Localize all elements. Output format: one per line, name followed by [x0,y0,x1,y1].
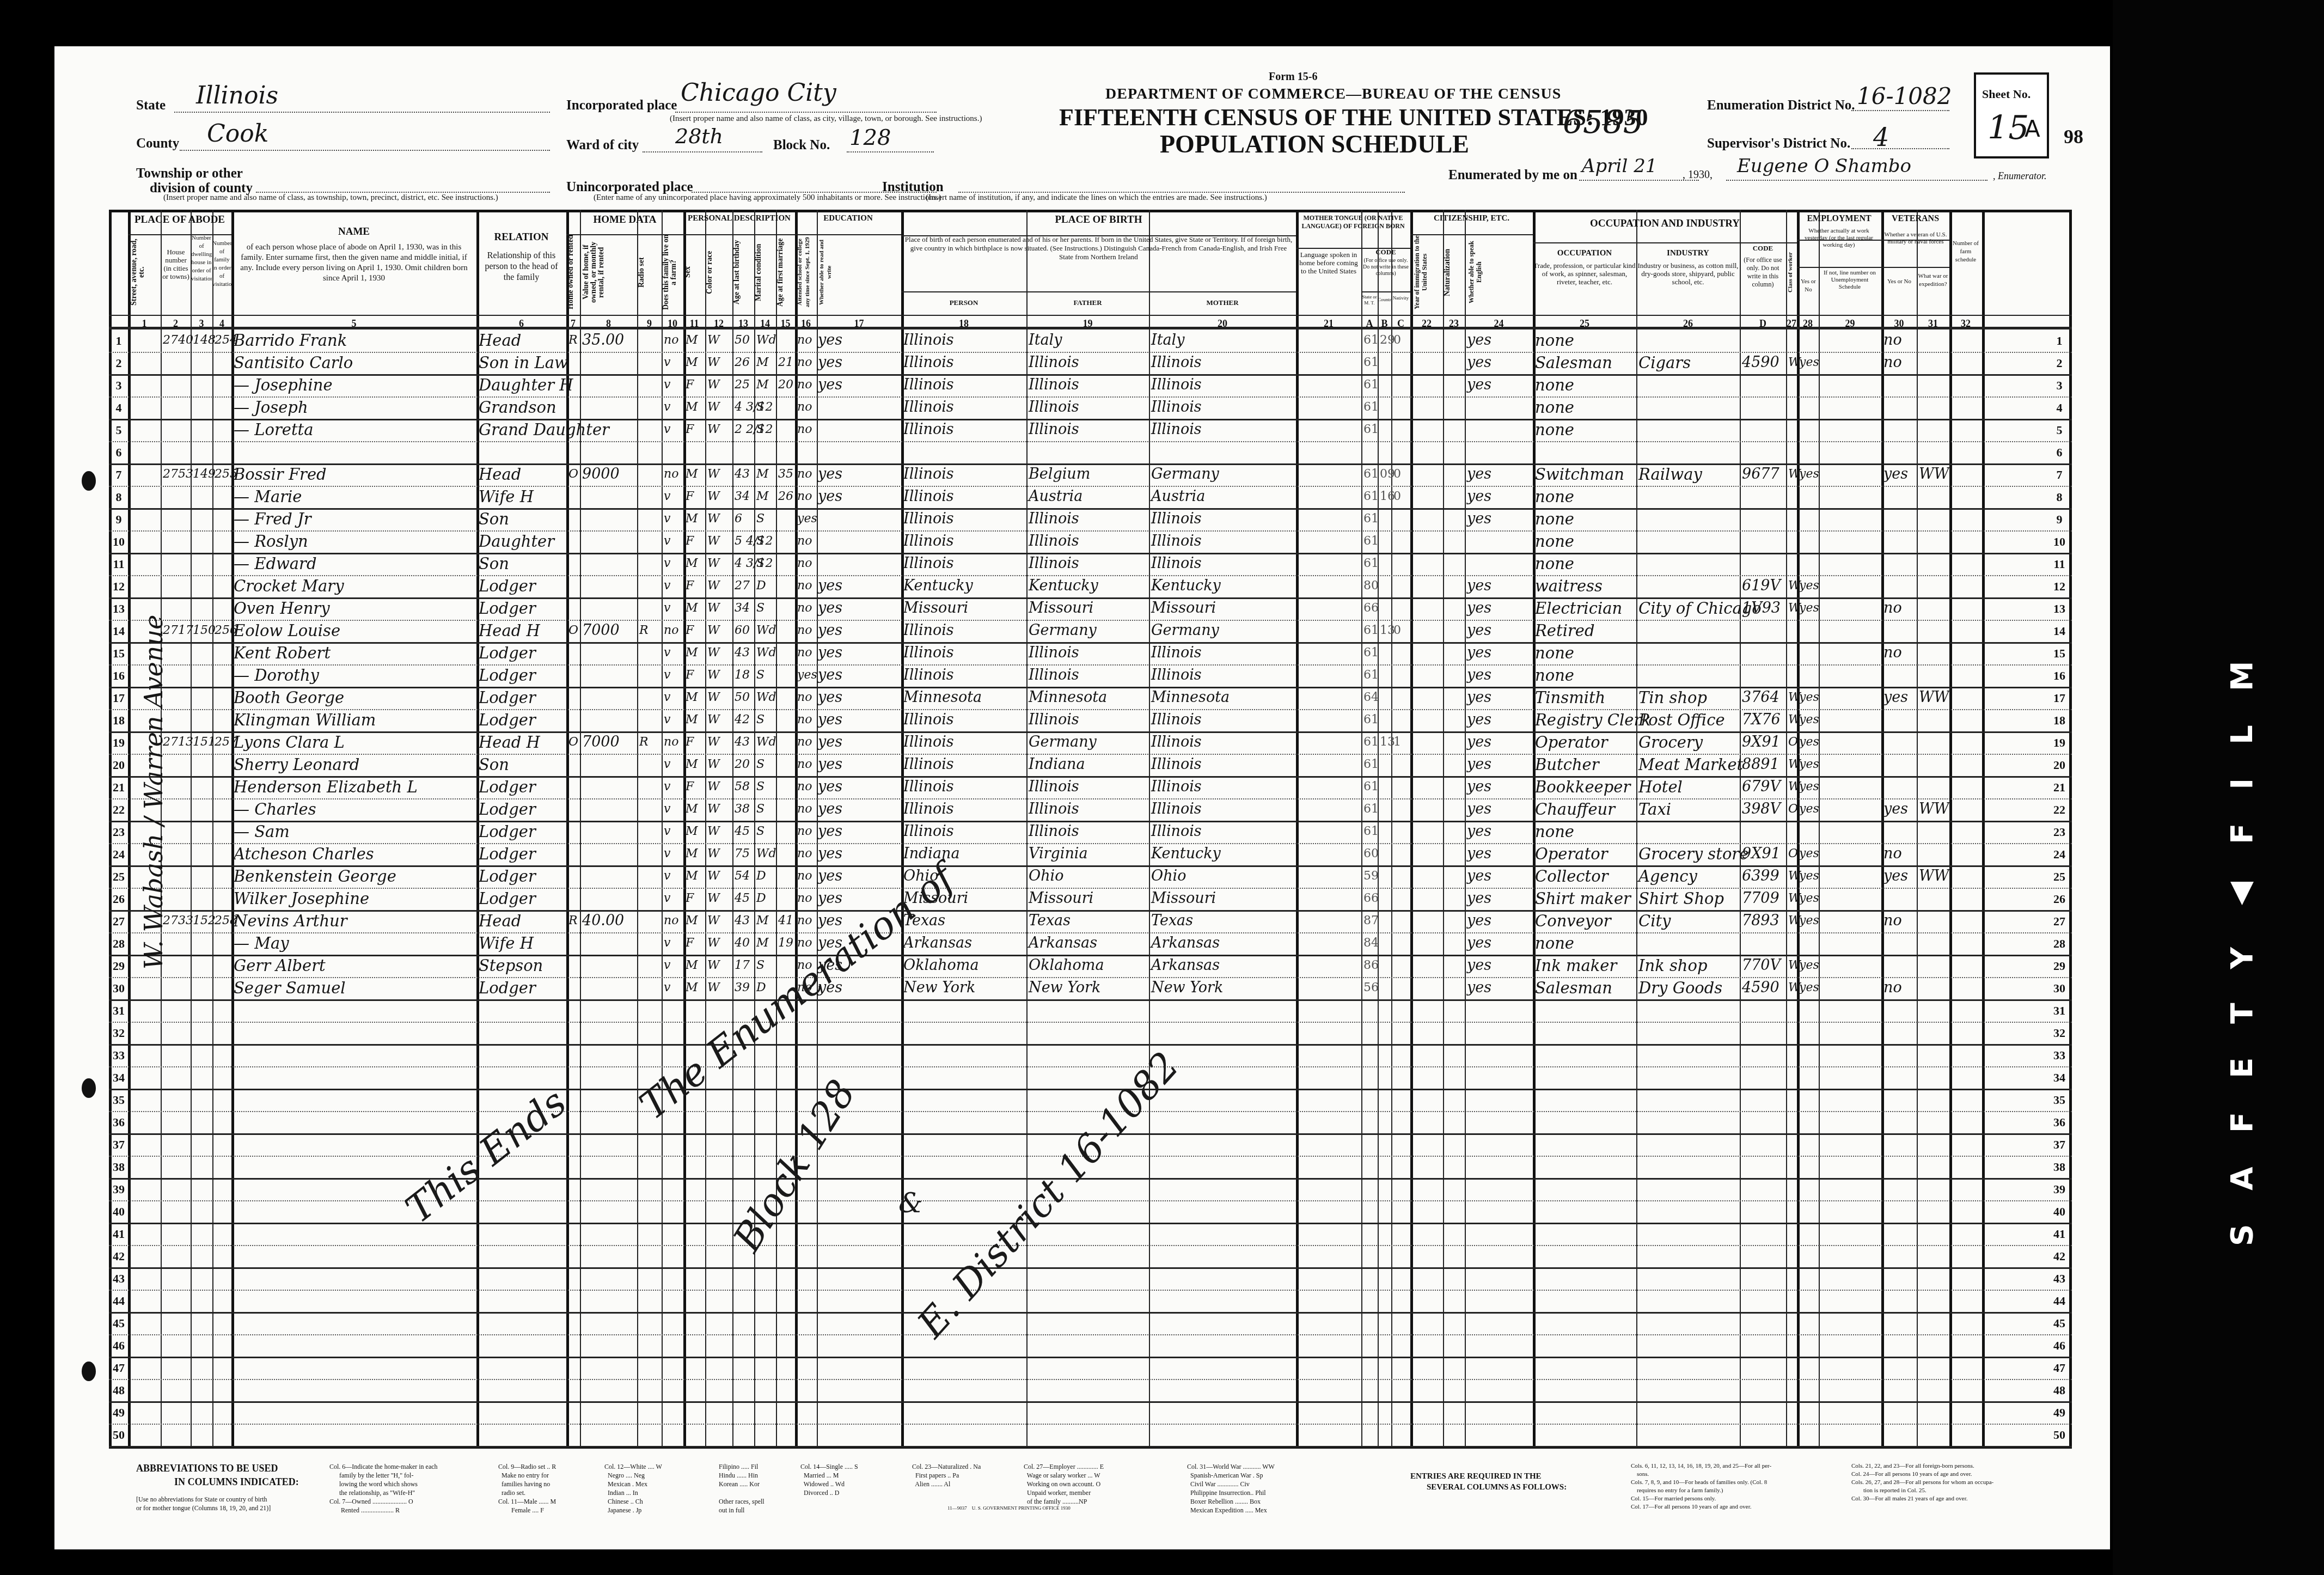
cell-industry: Agency [1638,866,1697,886]
cell-relation: Grandson [479,398,556,417]
institution-label: Institution [882,180,944,195]
line-number: 13 [109,602,128,616]
line-number-right: 49 [2050,1406,2069,1420]
cell-industry: Cigars [1638,353,1691,373]
cell-relation: Son [479,755,509,774]
cell-age: 45 [735,822,750,841]
cell-work: yes [1799,866,1819,886]
incorporated-line [675,112,937,113]
cell-relation: Lodger [479,643,536,663]
punch-hole-icon [82,471,96,491]
cell-pob: Arkansas [903,933,972,953]
col26-title: INDUSTRY [1636,249,1740,258]
line-number-right: 42 [2050,1249,2069,1263]
cell-age: 43 [735,465,750,484]
column-number: D [1740,318,1786,330]
cell-relation: Lodger [479,866,536,886]
line-number-right: 31 [2050,1004,2069,1018]
col6-header: Relationship of this person to the head … [479,251,564,305]
cell-relation: Lodger [479,710,536,730]
line-number: 39 [109,1182,128,1196]
row-divider [109,1066,2072,1067]
cell-value: 7000 [582,732,620,752]
group-mother-tongue: MOTHER TONGUE (OR NATIVE LANGUAGE) OF FO… [1299,214,1408,230]
cell-occupation: none [1535,509,1574,529]
cell-occupation: none [1535,487,1574,506]
row-divider [109,821,2072,822]
column-divider [1636,210,1637,1446]
cell-codeA: 61 [1363,509,1379,529]
enumerated-date: April 21 [1582,155,1657,177]
cell-pob-father: Missouri [1029,889,1093,908]
cell-vet: yes [1883,866,1908,886]
column-number: 14 [754,318,776,330]
cell-value: 35.00 [582,331,624,350]
cell-sex: M [686,956,698,975]
line-number-right: 21 [2050,780,2069,795]
footer-col12a: Col. 12—White .... W Negro .... Neg Mexi… [604,1462,662,1515]
row-divider [109,1290,2072,1291]
cell-marital: Wd [756,643,776,663]
cell-marital: D [756,889,766,908]
line-number-right: 50 [2050,1428,2069,1442]
cell-pob-father: Illinois [1029,822,1079,841]
col32-header: Number of farm schedule [1950,240,1981,294]
cell-marital: S [756,956,765,975]
cell-sex: F [686,666,694,685]
cell-codeA: 84 [1363,933,1379,953]
enumerator-line [1726,180,1987,181]
cell-relation: Wife H [479,487,534,506]
col7-header: Home owned or rented [567,234,579,310]
cell-read: yes [818,331,842,350]
cell-occupation: Tinsmith [1535,688,1605,707]
line-number: 50 [109,1428,128,1442]
cell-occupation: Operator [1535,844,1608,864]
column-number: 13 [732,318,754,330]
ed-line [1851,110,1949,111]
cell-farm: v [664,956,670,975]
cell-sex: F [686,933,694,953]
cell-vet: no [1883,911,1902,931]
cell-pob: Illinois [903,777,954,797]
cell-english: yes [1467,710,1491,730]
punch-hole-icon [82,1078,96,1098]
block-line [847,151,934,152]
header-rule [109,315,2072,316]
cell-relation: Lodger [479,822,536,841]
col24-header: Whether able to speak English [1467,234,1489,310]
cell-sex: F [686,889,694,908]
line-number: 49 [109,1406,128,1420]
col28-header: Yes or No [1798,278,1819,305]
cell-codeD: 1V93 [1742,599,1781,618]
department-title: DEPARTMENT OF COMMERCE—BUREAU OF THE CEN… [1105,86,1561,103]
cell-age: 43 [735,643,750,663]
col27-header: Class of worker [1787,234,1796,310]
cell-codeA: 61 [1363,621,1379,640]
cell-marital: M [756,465,769,484]
cell-pob-mother: Ohio [1151,866,1186,886]
cell-relation: Wife H [479,933,534,953]
cell-relation: Head [479,911,521,931]
cell-codeD: 770V [1742,956,1781,975]
column-number: 27 [1786,318,1797,330]
cell-sex: M [686,710,698,730]
county-label: County [136,136,179,151]
line-number: 40 [109,1205,128,1219]
cell-occupation: Butcher [1535,755,1599,774]
cell-pob: Illinois [903,331,954,350]
line-number: 36 [109,1115,128,1130]
cell-sex: M [686,643,698,663]
cell-occupation: Shirt maker [1535,889,1631,908]
footer-col14: Col. 14—Single ..... S Married ... M Wid… [800,1462,858,1497]
line-number-right: 34 [2050,1071,2069,1085]
entries-list-a: Cols. 6, 11, 12, 13, 14, 16, 18, 19, 20,… [1631,1462,1771,1511]
cell-sex: M [686,688,698,707]
cell-read: yes [818,911,842,931]
cell-sex: F [686,621,694,640]
cell-war: WW [1919,866,1949,886]
line-number: 19 [109,736,128,750]
cell-read: yes [818,844,842,864]
group-home-data: HOME DATA [566,214,683,226]
cell-sex: M [686,866,698,886]
cell-school: no [797,599,812,618]
abbrev-note: [Use no abbreviations for State or count… [136,1495,271,1512]
line-number: 15 [109,646,128,661]
cell-school: no [797,777,812,797]
cell-farm: v [664,978,670,998]
line-number: 24 [109,847,128,862]
cell-marital: S [756,554,765,573]
cell-farm: v [664,643,670,663]
col10-header: Does this family live on a farm? [663,234,682,310]
cell-relation: Grand Daughter [479,420,609,439]
cell-name: Kent Robert [234,643,331,663]
line-number-right: 41 [2050,1227,2069,1241]
cell-name: — Fred Jr [234,509,311,529]
cell-pob: Illinois [903,420,954,439]
cell-english: yes [1467,465,1491,484]
cell-name: Benkenstein George [234,866,396,886]
cell-codeA: 61 [1363,487,1379,506]
incorporated-label: Incorporated place [566,98,677,113]
cell-age: 34 [735,487,750,506]
line-number-right: 30 [2050,981,2069,996]
cell-codeD: 9677 [1742,465,1779,484]
cell-industry: Railway [1638,465,1702,484]
cell-codeA: 60 [1363,844,1379,864]
county-value: Cook [207,120,268,148]
line-number-right: 17 [2050,691,2069,705]
cell-vet: no [1883,978,1902,998]
line-number-right: 26 [2050,892,2069,906]
group-place-of-abode: PLACE OF ABODE [128,214,231,226]
line-number: 21 [109,780,128,795]
cell-marital: Wd [756,844,776,864]
cell-codeD: 619V [1742,576,1781,596]
column-divider [637,210,638,1446]
line-number-right: 28 [2050,937,2069,951]
cell-codeD: 3764 [1742,688,1779,707]
microfilm-margin [2113,0,2324,1575]
line-number: 3 [109,379,128,393]
cell-school: no [797,844,812,864]
punch-hole-icon [82,1362,96,1381]
cell-pob-father: Illinois [1029,799,1079,819]
cell-age: 26 [735,353,750,373]
cell-sex: F [686,777,694,797]
line-number: 26 [109,892,128,906]
cell-pob-mother: Minnesota [1151,688,1230,707]
cell-relation: Lodger [479,599,536,618]
line-number-right: 24 [2050,847,2069,862]
cell-farm: v [664,777,670,797]
cell-race: W [707,933,720,953]
abbrev-title-2: IN COLUMNS INDICATED: [174,1476,299,1488]
entries-title-1: ENTRIES ARE REQUIRED IN THE [1410,1470,1542,1482]
col8-header: Value of home, if owned, or monthly rent… [583,234,634,310]
row-divider [109,1044,2072,1046]
cell-marital: M [756,353,769,373]
cell-codeD: 398V [1742,799,1781,819]
cell-work: yes [1799,799,1819,819]
column-divider [754,210,755,1446]
cell-read: yes [818,777,842,797]
cell-codeA: 61 [1363,532,1379,551]
line-number: 12 [109,579,128,594]
cell-farm: v [664,799,670,819]
cell-pob-mother: Illinois [1151,420,1202,439]
cell-occupation: Registry Clerk [1535,710,1651,730]
column-divider [1949,210,1952,1446]
cell-occupation: none [1535,822,1574,841]
cell-pob: Illinois [903,532,954,551]
col18-header: PERSON [901,298,1026,307]
line-number-right: 15 [2050,646,2069,661]
group-veterans: VETERANS [1881,214,1949,224]
cell-codeD: 4590 [1742,353,1779,373]
column-number: 6 [476,318,566,330]
col5-header: of each person whose place of abode on A… [240,242,468,310]
cell-codeA: 61 [1363,465,1379,484]
cell-school: no [797,755,812,774]
cell-pob-mother: Illinois [1151,353,1202,373]
cell-pob-father: Illinois [1029,420,1079,439]
code-header: CODE [1361,248,1410,256]
census-title: FIFTEENTH CENSUS OF THE UNITED STATES: 1… [1059,103,1648,131]
header-divider [1797,267,1949,268]
cell-marital: S [756,755,765,774]
cell-race: W [707,643,720,663]
cell-sex: M [686,599,698,618]
cell-name: — Loretta [234,420,314,439]
cell-pob-father: Ohio [1029,866,1063,886]
line-number-right: 7 [2050,468,2069,482]
cell-sex: M [686,844,698,864]
cell-farm: v [664,554,670,573]
cell-occupation: none [1535,933,1574,953]
cell-school: no [797,353,812,373]
cell-industry: Dry Goods [1638,978,1722,998]
line-number: 34 [109,1071,128,1085]
cell-codeB: 09 [1380,465,1395,484]
cell-occupation: Retired [1535,621,1595,640]
cell-vet: no [1883,643,1902,663]
cell-pob-mother: New York [1151,978,1223,998]
line-number-right: 37 [2050,1138,2069,1152]
population-schedule-table [109,210,2072,1449]
cell-owned: R [568,911,578,931]
column-number: 12 [705,318,732,330]
cell-marital: S [756,666,765,685]
column-number: 28 [1797,318,1819,330]
cell-school: no [797,822,812,841]
cell-relation: Lodger [479,777,536,797]
cell-codeA: 61 [1363,799,1379,819]
cell-pob-father: Illinois [1029,532,1079,551]
cell-codeA: 61 [1363,710,1379,730]
cell-age: 4 3/12 [735,398,773,417]
cell-race: W [707,420,720,439]
col2-header: House number (in cities or towns) [162,248,190,313]
supervisor-value: 4 [1873,123,1889,152]
cell-occupation: none [1535,375,1574,395]
cell-occupation: none [1535,331,1574,350]
cell-industry: Ink shop [1638,956,1708,975]
cell-read: yes [818,465,842,484]
cell-work: yes [1799,465,1819,484]
cell-english: yes [1467,956,1491,975]
cell-age: 50 [735,688,750,707]
cell-sex: F [686,375,694,395]
col11-header: Sex [684,234,704,310]
cell-race: W [707,621,720,640]
row-divider [109,1022,2072,1023]
supervisor-label: Supervisor's District No. [1707,136,1850,151]
institution-note: (Insert name of institution, if any, and… [926,193,1267,203]
cell-pob-father: Illinois [1029,375,1079,395]
cell-pob-father: Arkansas [1029,933,1097,953]
veterans-note: Whether a veteran of U.S. military or na… [1883,231,1948,264]
cell-name: Wilker Josephine [234,889,369,908]
line-number: 33 [109,1048,128,1063]
column-divider [1410,210,1413,1446]
cell-sex: F [686,576,694,596]
cell-age: 75 [735,844,750,864]
cell-pob: Illinois [903,799,954,819]
cell-pob-father: Italy [1029,331,1062,350]
row-divider [109,374,2072,376]
cell-pob-mother: Kentucky [1151,844,1221,864]
cell-farm: v [664,599,670,618]
cell-age: 5 4/12 [735,532,773,551]
column-divider [128,210,131,1446]
cell-class: O [1788,844,1798,864]
col19-header: FATHER [1026,298,1149,307]
cell-pob-mother: Arkansas [1151,933,1220,953]
cell-occupation: waitress [1535,576,1603,596]
line-number-right: 48 [2050,1383,2069,1397]
cell-marital: S [756,710,765,730]
cell-race: W [707,554,720,573]
cell-relation: Lodger [479,889,536,908]
cell-race: W [707,777,720,797]
cell-race: W [707,487,720,506]
line-number: 43 [109,1272,128,1286]
col9-header: Radio set [638,234,660,310]
cell-name: — Marie [234,487,302,506]
row-divider [109,1357,2072,1358]
cell-value: 7000 [582,621,620,640]
col25-header: Trade, profession, or particular kind of… [1533,261,1636,305]
cell-owned: O [568,465,578,484]
line-number-right: 6 [2050,445,2069,460]
line-number: 35 [109,1093,128,1107]
cell-name: Gerr Albert [234,956,326,975]
cell-pob: Illinois [903,732,954,752]
row-divider [109,486,2072,487]
cell-english: yes [1467,844,1491,864]
row-divider [109,664,2072,666]
cell-relation: Lodger [479,666,536,685]
cell-pob-father: Illinois [1029,710,1079,730]
cell-english: yes [1467,509,1491,529]
cell-codeD: 4590 [1742,978,1779,998]
cell-english: yes [1467,777,1491,797]
line-number: 37 [109,1138,128,1152]
line-number: 46 [109,1339,128,1353]
cell-pob: Illinois [903,509,954,529]
column-number: 17 [817,318,901,330]
cell-read: yes [818,822,842,841]
code-note: (For office use only. Do not write in th… [1361,258,1410,285]
cell-age: 17 [735,956,750,975]
line-number-right: 10 [2050,535,2069,549]
cell-pob-father: Germany [1029,732,1097,752]
cell-school: no [797,331,812,350]
column-divider [705,210,706,1446]
cell-occupation: Operator [1535,732,1608,752]
cell-occupation: none [1535,554,1574,573]
cell-school: no [797,532,812,551]
cell-codeC: 1 [1393,732,1401,752]
cell-codeC: 0 [1393,621,1401,640]
line-number-right: 45 [2050,1316,2069,1330]
col25-title: OCCUPATION [1533,249,1636,258]
cell-pob-mother: Illinois [1151,822,1202,841]
column-number: 7 [566,318,580,330]
cell-age-marr: 26 [778,487,793,506]
column-divider [1361,210,1362,1446]
line-number: 10 [109,535,128,549]
cell-pob-mother: Illinois [1151,375,1202,395]
cell-age: 34 [735,599,750,618]
column-number: 26 [1636,318,1740,330]
cell-pob-mother: Germany [1151,465,1219,484]
cell-age: 39 [735,978,750,998]
group-personal-description: PERSONAL DESCRIPTION [683,214,795,223]
cell-work: yes [1799,844,1819,864]
cell-farm: v [664,933,670,953]
column-number: 15 [776,318,795,330]
line-number-right: 38 [2050,1160,2069,1174]
cell-codeD: 7709 [1742,889,1779,908]
cell-codeD: 679V [1742,777,1781,797]
cell-pob-mother: Illinois [1151,509,1202,529]
